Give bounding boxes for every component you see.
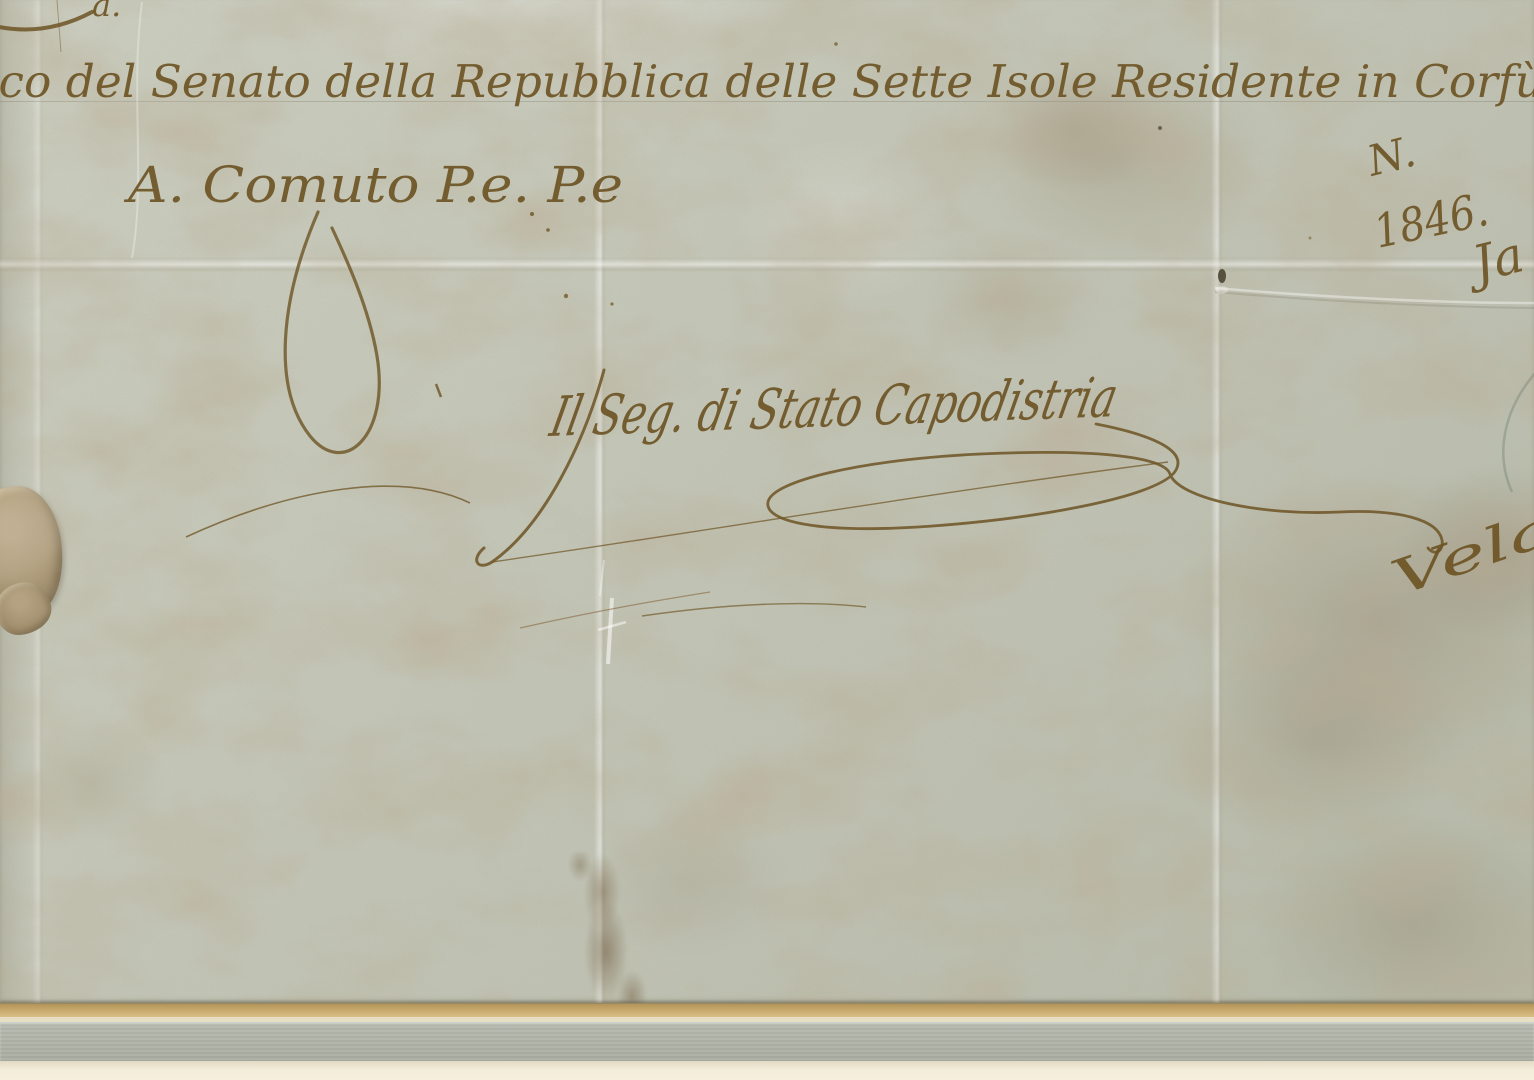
ink-stain-bottom-center: [560, 852, 660, 1012]
mat-gray-band: [0, 1022, 1534, 1061]
mat-cream-band: [0, 1061, 1534, 1080]
mat-gold-strip: [0, 1003, 1534, 1017]
vertical-fold-crease-right: [1211, 0, 1223, 1003]
mat-board: [0, 1003, 1534, 1080]
horizontal-fold-crease: [0, 258, 1534, 272]
framed-manuscript-photo: a. ico del Senato della Repubblica delle…: [0, 0, 1534, 1080]
wax-seal-remnant: [0, 482, 70, 619]
parchment-sheet: [0, 0, 1534, 1003]
ruled-guide-line: [0, 101, 1534, 102]
